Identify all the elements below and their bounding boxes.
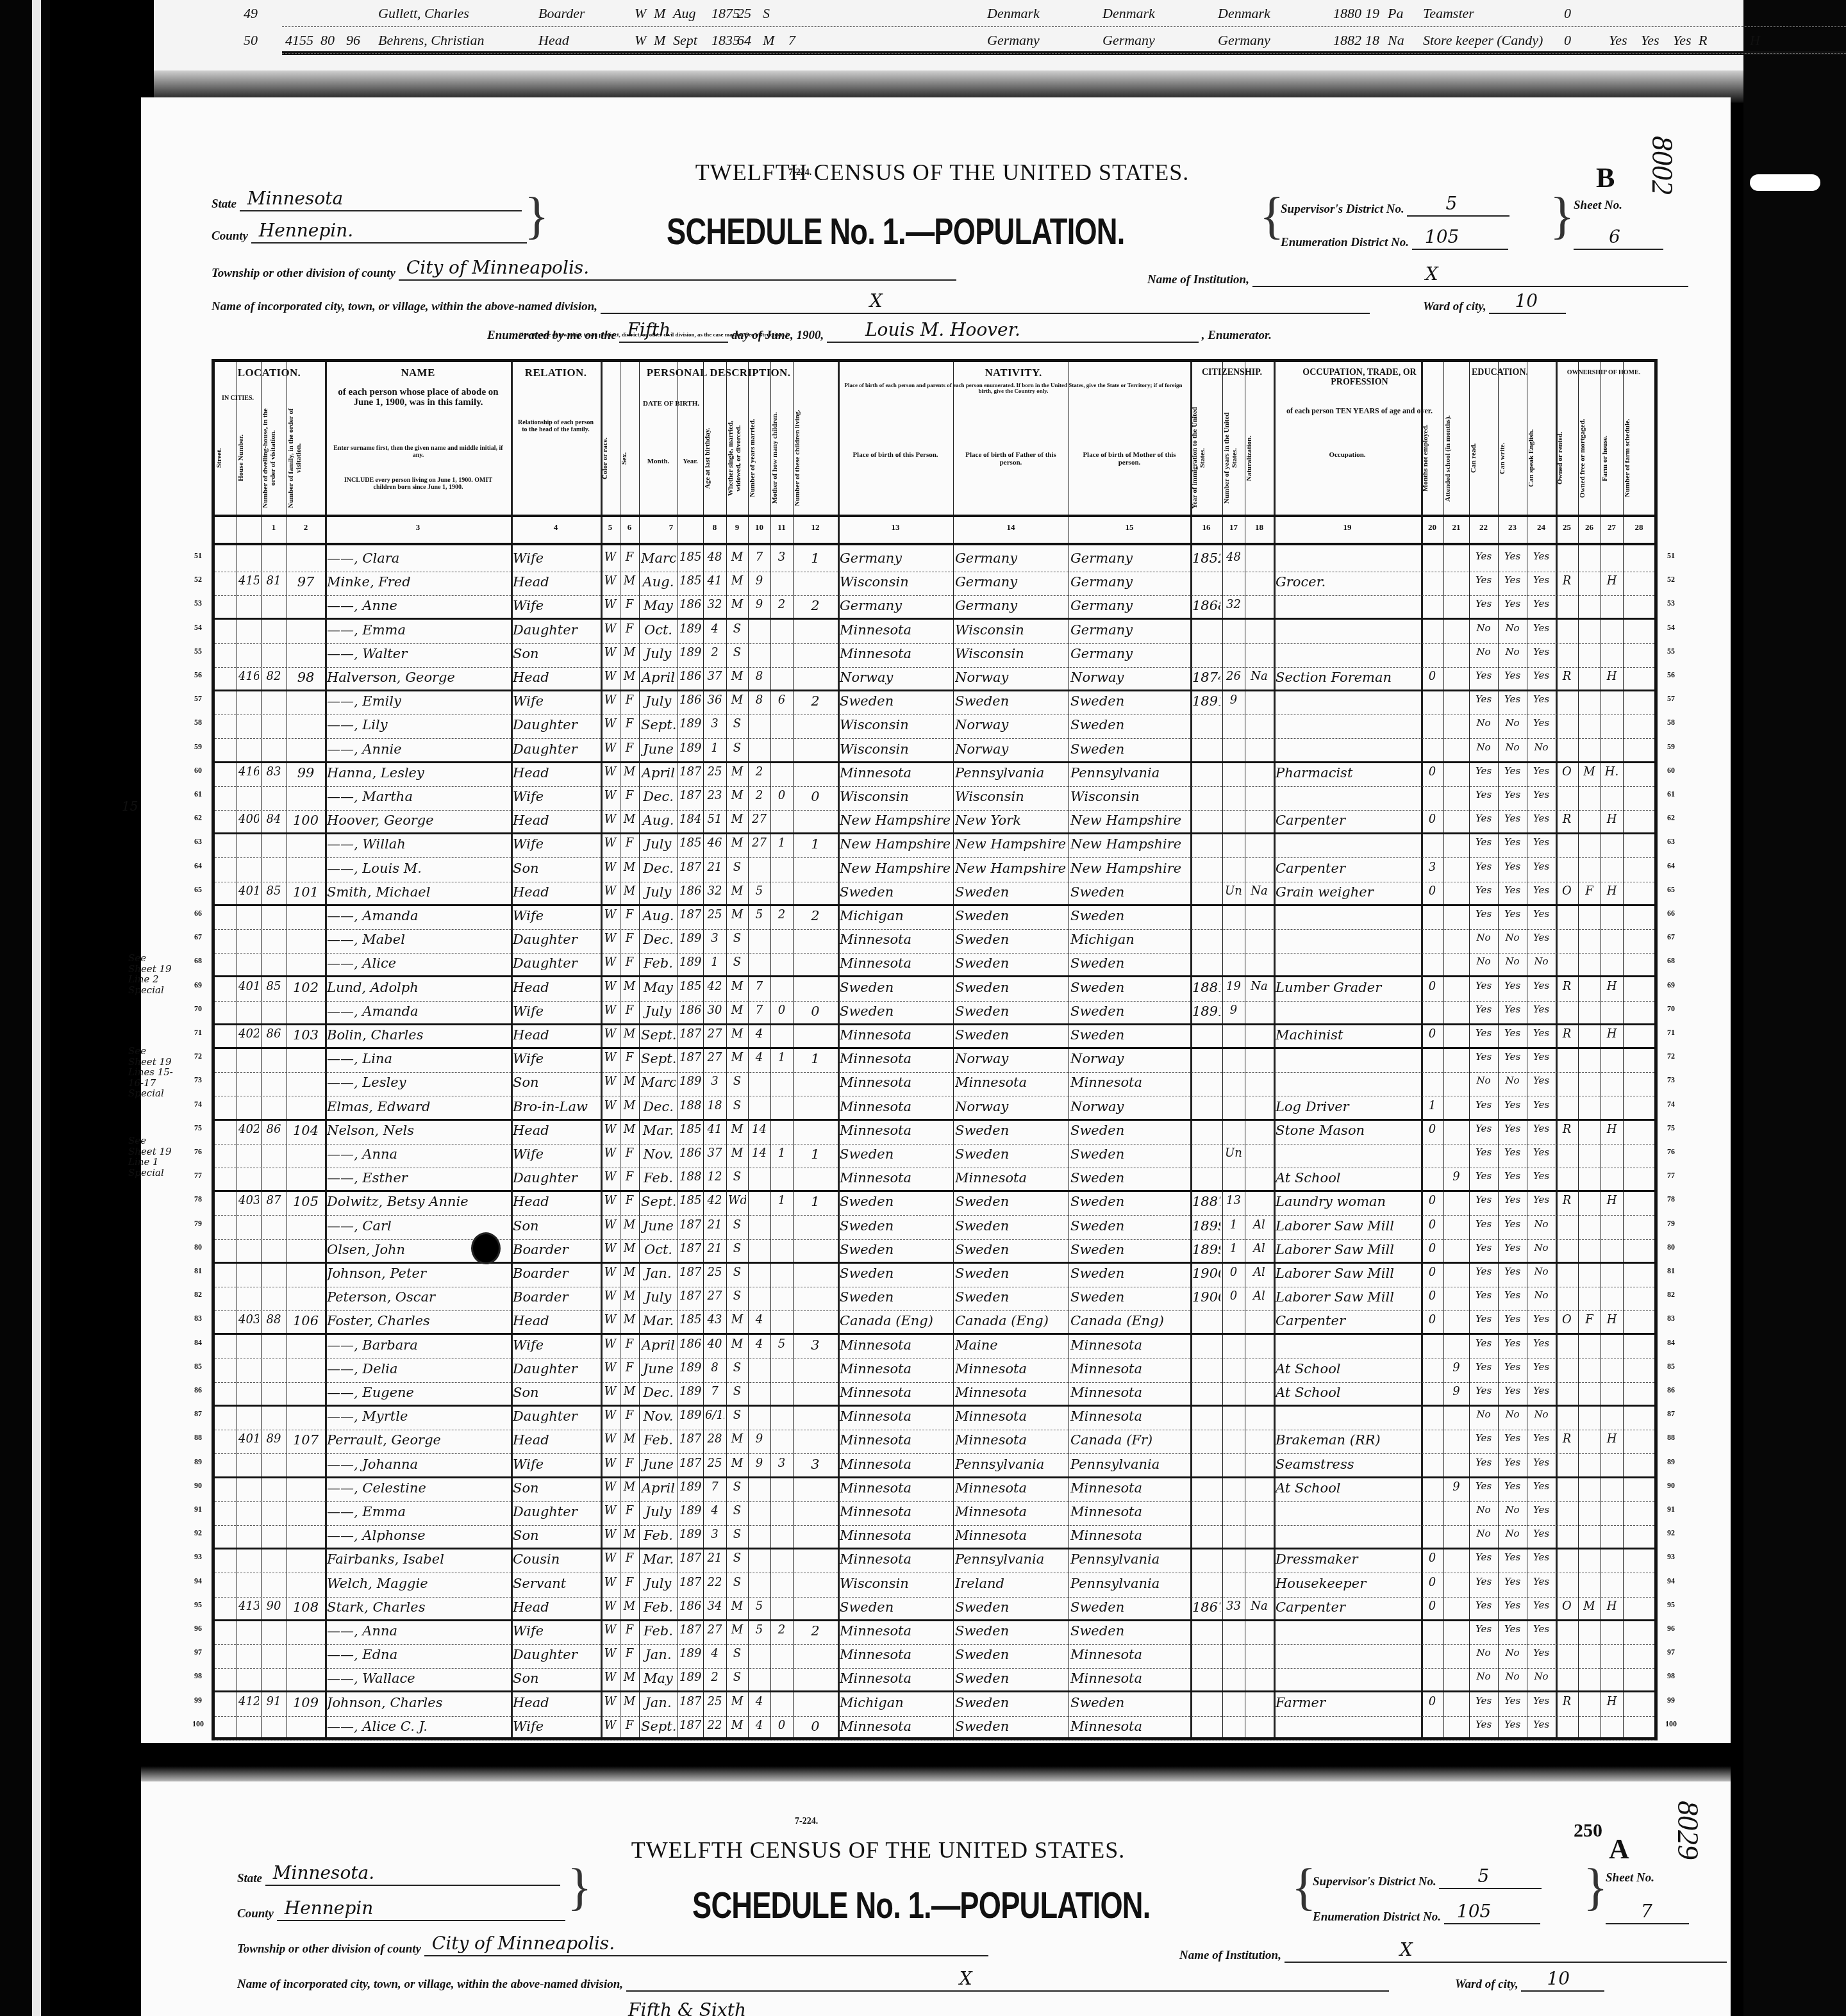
prev-cell-age: 64 bbox=[737, 32, 751, 49]
line-number: 89 bbox=[1660, 1457, 1682, 1467]
table-row: ——, WillahWifeWFJuly185346M2711New Hamps… bbox=[215, 834, 1654, 858]
cell-marital: S bbox=[728, 1576, 746, 1589]
cell-english: Yes bbox=[1529, 1361, 1554, 1373]
line-number: 56 bbox=[1660, 670, 1682, 680]
cell-read: Yes bbox=[1471, 1242, 1496, 1253]
cell-age: 30 bbox=[705, 1004, 724, 1017]
cell-house: 4039 bbox=[238, 1194, 259, 1207]
ward-value: 10 bbox=[1515, 290, 1538, 311]
cell-unemployed: 3 bbox=[1423, 861, 1442, 874]
cell-family: 101 bbox=[288, 884, 323, 900]
table-row: Fairbanks, IsabelCousinWFMar.187921SMinn… bbox=[215, 1549, 1654, 1573]
line-number: 80 bbox=[187, 1243, 209, 1252]
cell-name: ——, Carl bbox=[327, 1218, 509, 1234]
cell-age: 22 bbox=[705, 1719, 724, 1732]
line-number: 77 bbox=[1660, 1171, 1682, 1180]
cell-name: Peterson, Oscar bbox=[327, 1289, 509, 1305]
cell-english: No bbox=[1529, 741, 1554, 753]
cell-father: Minnesota bbox=[955, 1432, 1067, 1448]
cell-relation: Daughter bbox=[513, 741, 599, 757]
cell-month: Feb. bbox=[641, 1599, 676, 1615]
cell-sex: M bbox=[622, 813, 637, 826]
next-incorporated-city-value: X bbox=[960, 1968, 972, 1989]
cell-occupation: Seamstress bbox=[1276, 1457, 1419, 1472]
cell-marital: M bbox=[728, 813, 746, 826]
film-strip-highlight bbox=[32, 0, 41, 2016]
cell-color: W bbox=[603, 1337, 618, 1351]
cell-years-us: Un bbox=[1224, 1146, 1243, 1160]
cell-color: W bbox=[603, 598, 618, 611]
cell-write: Yes bbox=[1500, 1719, 1525, 1730]
cell-name: Foster, Charles bbox=[327, 1313, 509, 1328]
cell-read: No bbox=[1471, 1671, 1496, 1682]
cell-father: Sweden bbox=[955, 1242, 1067, 1257]
cell-birthplace: Michigan bbox=[840, 1695, 951, 1710]
column-number: 12 bbox=[793, 522, 838, 533]
cell-children-born: 1 bbox=[772, 1051, 791, 1064]
cell-name: ——, Johanna bbox=[327, 1457, 509, 1472]
cell-birthplace: Minnesota bbox=[840, 1457, 951, 1472]
cell-years-us: 1 bbox=[1224, 1218, 1243, 1232]
cell-relation: Son bbox=[513, 1385, 599, 1400]
cell-name: ——, Anne bbox=[327, 598, 509, 613]
cell-year: 1857 bbox=[679, 1313, 701, 1326]
cell-sex: M bbox=[622, 1385, 637, 1398]
cell-dwelling: 83 bbox=[263, 765, 285, 779]
cell-name: Halverson, George bbox=[327, 670, 509, 685]
cell-read: Yes bbox=[1471, 1313, 1496, 1325]
column-header-write: Can write. bbox=[1499, 407, 1526, 509]
cell-marital: M bbox=[728, 1146, 746, 1160]
cell-marital: M bbox=[728, 1027, 746, 1041]
cell-month: Oct. bbox=[641, 622, 676, 638]
cell-father: Sweden bbox=[955, 980, 1067, 995]
cell-years-married: 9 bbox=[750, 574, 769, 588]
cell-relation: Wife bbox=[513, 789, 599, 804]
line-number: 83 bbox=[1660, 1314, 1682, 1323]
cell-month: Sept. bbox=[641, 1027, 676, 1043]
previous-sheet-row: 5041558096Behrens, ChristianHeadWMSept18… bbox=[282, 27, 1846, 54]
line-number: 72 bbox=[1660, 1052, 1682, 1061]
previous-sheet-row: 49Gullett, CharlesBoarderWMAug187525SDen… bbox=[282, 0, 1846, 27]
cell-year: 1866 bbox=[679, 1599, 701, 1613]
line-number: 79 bbox=[1660, 1219, 1682, 1228]
cell-relation: Head bbox=[513, 1194, 599, 1209]
table-row: 41638298Halverson, GeorgeHeadWMApril1863… bbox=[215, 667, 1654, 691]
cell-age: 1 bbox=[705, 741, 724, 755]
cell-read: Yes bbox=[1471, 1623, 1496, 1635]
cell-birthplace: Sweden bbox=[840, 1146, 951, 1162]
column-number: 19 bbox=[1274, 522, 1421, 533]
column-number: 27 bbox=[1601, 522, 1623, 533]
cell-year: 1896 bbox=[679, 717, 701, 731]
cell-read: Yes bbox=[1471, 1099, 1496, 1111]
cell-name: ——, Alice C. J. bbox=[327, 1719, 509, 1734]
cell-dwelling: 86 bbox=[263, 1123, 285, 1136]
cell-father: Sweden bbox=[955, 1194, 1067, 1209]
cell-sex: F bbox=[622, 1194, 637, 1207]
cell-english: Yes bbox=[1529, 1337, 1554, 1349]
cell-name: Dolwitz, Betsy Annie bbox=[327, 1194, 509, 1209]
cell-write: No bbox=[1500, 646, 1525, 657]
cell-year: 1892 bbox=[679, 1385, 701, 1398]
column-number: 11 bbox=[770, 522, 793, 533]
cell-sex: M bbox=[622, 1528, 637, 1541]
cell-year: 1875 bbox=[679, 1266, 701, 1279]
cell-relation: Son bbox=[513, 1218, 599, 1234]
cell-write: No bbox=[1500, 741, 1525, 753]
cell-relation: Wife bbox=[513, 693, 599, 709]
cell-sex: M bbox=[622, 861, 637, 874]
cell-occupation: Carpenter bbox=[1276, 813, 1419, 828]
cell-relation: Son bbox=[513, 1528, 599, 1543]
cell-write: Yes bbox=[1500, 598, 1525, 609]
cell-marital: S bbox=[728, 1409, 746, 1422]
cell-school: 9 bbox=[1445, 1361, 1467, 1375]
cell-age: 12 bbox=[705, 1170, 724, 1184]
line-number: 63 bbox=[187, 837, 209, 847]
cell-birthplace: Minnesota bbox=[840, 1051, 951, 1066]
cell-age: 41 bbox=[705, 574, 724, 588]
column-number: 23 bbox=[1498, 522, 1527, 533]
cell-family: 102 bbox=[288, 980, 323, 995]
cell-read: No bbox=[1471, 1075, 1496, 1086]
cell-write: No bbox=[1500, 717, 1525, 729]
table-row: Johnson, PeterBoarderWMJan.187525SSweden… bbox=[215, 1263, 1654, 1287]
cell-sex: F bbox=[622, 955, 637, 969]
cell-mother: Sweden bbox=[1070, 1695, 1188, 1710]
cell-year: 1881 bbox=[679, 1099, 701, 1112]
cell-relation: Son bbox=[513, 1075, 599, 1090]
table-row: ——, LilyDaughterWFSept.18963SWisconsinNo… bbox=[215, 715, 1654, 739]
table-row: ——, LinaWifeWFSept.187227M411MinnesotaNo… bbox=[215, 1048, 1654, 1073]
line-number: 61 bbox=[187, 789, 209, 799]
line-number: 85 bbox=[1660, 1362, 1682, 1371]
cell-age: 2 bbox=[705, 646, 724, 659]
cell-mother: Germany bbox=[1070, 622, 1188, 638]
cell-relation: Daughter bbox=[513, 1504, 599, 1519]
cell-age: 22 bbox=[705, 1576, 724, 1589]
line-number: 88 bbox=[1660, 1433, 1682, 1442]
cell-years-us: 0 bbox=[1224, 1289, 1243, 1303]
cell-marital: M bbox=[728, 550, 746, 564]
cell-color: W bbox=[603, 980, 618, 993]
cell-year: 1893 bbox=[679, 1480, 701, 1494]
cell-mother: Sweden bbox=[1070, 1289, 1188, 1305]
sheet-no-field: 6 bbox=[1574, 232, 1663, 250]
cell-mother: New Hampshire bbox=[1070, 813, 1188, 828]
cell-month: July bbox=[641, 1289, 676, 1305]
column-header-farm: Farm or house. bbox=[1602, 407, 1622, 509]
cell-sex: M bbox=[622, 980, 637, 993]
cell-english: Yes bbox=[1529, 1432, 1554, 1444]
cell-color: W bbox=[603, 1623, 618, 1637]
cell-mother: Minnesota bbox=[1070, 1409, 1188, 1424]
line-number: 82 bbox=[1660, 1290, 1682, 1300]
line-number: 84 bbox=[1660, 1338, 1682, 1348]
cell-father: Norway bbox=[955, 1099, 1067, 1114]
line-number: 92 bbox=[1660, 1528, 1682, 1538]
column-header-school: Attended school (in months). bbox=[1445, 407, 1468, 509]
cell-occupation: Carpenter bbox=[1276, 1599, 1419, 1615]
cell-read: Yes bbox=[1471, 1004, 1496, 1015]
cell-write: Yes bbox=[1500, 884, 1525, 896]
cell-color: W bbox=[603, 1504, 618, 1517]
cell-month: May bbox=[641, 1671, 676, 1686]
cell-sex: F bbox=[622, 789, 637, 802]
table-row: ——, MyrtleDaughterWFNov.18996/12SMinneso… bbox=[215, 1406, 1654, 1430]
prev-cell-sex: M bbox=[654, 5, 665, 22]
cell-read: Yes bbox=[1471, 1146, 1496, 1158]
cell-write: Yes bbox=[1500, 861, 1525, 872]
cell-years-married: 9 bbox=[750, 1457, 769, 1470]
header-occupation-desc: of each person TEN YEARS of age and over… bbox=[1276, 407, 1443, 415]
cell-relation: Son bbox=[513, 1480, 599, 1496]
sheet-no-value: 6 bbox=[1609, 226, 1620, 247]
cell-month: Aug. bbox=[641, 574, 676, 590]
cell-color: W bbox=[603, 550, 618, 564]
cell-children-living: 2 bbox=[795, 598, 836, 613]
cell-sex: M bbox=[622, 1432, 637, 1446]
prev-cell-english: Yes bbox=[1673, 32, 1692, 49]
cell-sex: F bbox=[622, 1051, 637, 1064]
column-header-age: Age at last birthday. bbox=[704, 407, 725, 509]
table-row: ——, EdnaDaughterWFJan.18964SMinnesotaSwe… bbox=[215, 1644, 1654, 1669]
line-number: 60 bbox=[1660, 766, 1682, 775]
prev-cell-father-birthplace: Germany bbox=[1102, 32, 1155, 49]
cell-mother: Sweden bbox=[1070, 693, 1188, 709]
cell-write: Yes bbox=[1500, 765, 1525, 777]
line-number: 82 bbox=[187, 1290, 209, 1300]
cell-years-married: 2 bbox=[750, 789, 769, 802]
cell-age: 27 bbox=[705, 1623, 724, 1637]
next-enumeration-value: 105 bbox=[1457, 1901, 1491, 1922]
column-number: 16 bbox=[1190, 522, 1222, 533]
cell-write: Yes bbox=[1500, 670, 1525, 681]
enumerator-name: Louis M. Hoover. bbox=[865, 319, 1020, 340]
prev-cell-immigration: 1882 bbox=[1333, 32, 1361, 49]
cell-birthplace: Minnesota bbox=[840, 1671, 951, 1686]
cell-birthplace: Sweden bbox=[840, 884, 951, 900]
line-number: 94 bbox=[1660, 1576, 1682, 1586]
cell-sex: M bbox=[622, 1027, 637, 1041]
cell-years-married: 7 bbox=[750, 1004, 769, 1017]
cell-sex: F bbox=[622, 1409, 637, 1422]
line-number: 69 bbox=[1660, 980, 1682, 990]
prev-cell-read: Yes bbox=[1609, 32, 1627, 49]
cell-age: 34 bbox=[705, 1599, 724, 1613]
cell-write: No bbox=[1500, 622, 1525, 634]
cell-occupation: Laborer Saw Mill bbox=[1276, 1289, 1419, 1305]
cell-own: O bbox=[1558, 1313, 1576, 1326]
cell-birthplace: New Hampshire bbox=[840, 836, 951, 852]
cell-year: 1878 bbox=[679, 1218, 701, 1232]
cell-house: 4019 bbox=[238, 884, 259, 898]
column-header-farmsched: Number of farm schedule. bbox=[1624, 407, 1654, 509]
cell-age: 21 bbox=[705, 861, 724, 874]
cell-relation: Son bbox=[513, 861, 599, 876]
cell-write: No bbox=[1500, 1647, 1525, 1658]
cell-farm: H bbox=[1602, 1194, 1621, 1207]
line-number: 67 bbox=[1660, 932, 1682, 942]
prev-cell-line: 49 bbox=[244, 5, 258, 22]
line-number: 62 bbox=[187, 813, 209, 823]
cell-immigration: 1874 bbox=[1192, 670, 1220, 685]
cell-write: No bbox=[1500, 1075, 1525, 1086]
header-personal-description: PERSONAL DESCRIPTION. bbox=[601, 367, 836, 379]
cell-english: Yes bbox=[1529, 1099, 1554, 1111]
cell-read: Yes bbox=[1471, 1337, 1496, 1349]
column-header-immigration: Year of immigration to the United States… bbox=[1192, 407, 1221, 509]
cell-birthplace: Minnesota bbox=[840, 1480, 951, 1496]
cell-occupation: Grain weigher bbox=[1276, 884, 1419, 900]
prev-cell-relation: Head bbox=[538, 32, 569, 49]
cell-read: Yes bbox=[1471, 1695, 1496, 1706]
cell-name: ——, Emma bbox=[327, 622, 509, 638]
line-number: 93 bbox=[187, 1552, 209, 1562]
next-form-number: 7-224. bbox=[795, 1817, 818, 1827]
cell-age: 8 bbox=[705, 1361, 724, 1375]
line-number: 65 bbox=[1660, 885, 1682, 895]
column-header-years_us: Number of years in the United States. bbox=[1224, 407, 1243, 509]
header-education: EDUCATION. bbox=[1445, 368, 1554, 378]
cell-english: Yes bbox=[1529, 884, 1554, 896]
cell-year: 1872 bbox=[679, 1289, 701, 1303]
cell-own: O bbox=[1558, 884, 1576, 898]
cell-years-us: 32 bbox=[1224, 598, 1243, 611]
cell-color: W bbox=[603, 1075, 618, 1088]
cell-nat: Na bbox=[1247, 980, 1272, 993]
cell-month: Nov. bbox=[641, 1146, 676, 1162]
column-header-mother: Place of birth of Mother of this person. bbox=[1071, 452, 1188, 467]
cell-house: 4027 bbox=[238, 1027, 259, 1041]
cell-name: ——, Myrtle bbox=[327, 1409, 509, 1424]
cell-birthplace: Sweden bbox=[840, 1266, 951, 1281]
cell-years-married: 5 bbox=[750, 884, 769, 898]
cell-name: ——, Alphonse bbox=[327, 1528, 509, 1543]
cell-year: 1874 bbox=[679, 1457, 701, 1470]
cell-occupation: Dressmaker bbox=[1276, 1551, 1419, 1567]
cell-mother: Sweden bbox=[1070, 1146, 1188, 1162]
cell-marital: S bbox=[728, 741, 746, 755]
line-number: 90 bbox=[187, 1481, 209, 1491]
census-title: TWELFTH CENSUS OF THE UNITED STATES. bbox=[590, 159, 1295, 186]
cell-birthplace: Wisconsin bbox=[840, 789, 951, 804]
county-field: County Hennepin. bbox=[212, 226, 527, 244]
cell-month: Nov. bbox=[641, 1409, 676, 1424]
line-number: 78 bbox=[187, 1194, 209, 1204]
cell-age: 25 bbox=[705, 1266, 724, 1279]
cell-english: Yes bbox=[1529, 1504, 1554, 1516]
enumeration-district-value: 105 bbox=[1425, 226, 1459, 247]
cell-name: ——, Alice bbox=[327, 955, 509, 971]
cell-read: Yes bbox=[1471, 884, 1496, 896]
cell-years-us: 26 bbox=[1224, 670, 1243, 683]
cell-mort: F bbox=[1580, 1313, 1599, 1326]
cell-marital: M bbox=[728, 980, 746, 993]
cell-mother: Pennsylvania bbox=[1070, 1551, 1188, 1567]
cell-english: Yes bbox=[1529, 646, 1554, 657]
cell-dwelling: 87 bbox=[263, 1194, 285, 1207]
cell-occupation: Lumber Grader bbox=[1276, 980, 1419, 995]
cell-write: Yes bbox=[1500, 1099, 1525, 1111]
cell-own: R bbox=[1558, 980, 1576, 993]
cell-sex: M bbox=[622, 1671, 637, 1684]
cell-mother: Norway bbox=[1070, 1051, 1188, 1066]
previous-sheet-rows: 49Gullett, CharlesBoarderWMAug187525SDen… bbox=[282, 0, 1846, 55]
cell-mother: Sweden bbox=[1070, 1242, 1188, 1257]
cell-age: 7 bbox=[705, 1385, 724, 1398]
line-number: 54 bbox=[1660, 623, 1682, 632]
cell-occupation: At School bbox=[1276, 1170, 1419, 1186]
cell-write: Yes bbox=[1500, 1385, 1525, 1396]
cell-birthplace: Minnesota bbox=[840, 622, 951, 638]
cell-write: Yes bbox=[1500, 550, 1525, 562]
line-number: 86 bbox=[187, 1385, 209, 1395]
prev-cell-occupation: Teamster bbox=[1423, 5, 1474, 22]
column-header-dwelling: Number of dwelling-house, in the order o… bbox=[262, 407, 285, 509]
cell-write: Yes bbox=[1500, 1337, 1525, 1349]
cell-write: Yes bbox=[1500, 1051, 1525, 1062]
prev-cell-farm-home: H bbox=[1750, 32, 1760, 49]
cell-read: Yes bbox=[1471, 1266, 1496, 1277]
next-supervisor-field: Supervisor's District No. 5 bbox=[1313, 1871, 1542, 1889]
cell-mother: Sweden bbox=[1070, 1266, 1188, 1281]
cell-age: 48 bbox=[705, 550, 724, 564]
cell-color: W bbox=[603, 1004, 618, 1017]
cell-birthplace: Sweden bbox=[840, 1004, 951, 1019]
cell-english: No bbox=[1529, 1671, 1554, 1682]
cell-month: July bbox=[641, 1004, 676, 1019]
table-row: ——, Louis M.SonWMDec.187821SNew Hampshir… bbox=[215, 858, 1654, 882]
cell-father: Maine bbox=[955, 1337, 1067, 1353]
cell-marital: S bbox=[728, 861, 746, 874]
line-number: 95 bbox=[1660, 1600, 1682, 1610]
cell-farm: H bbox=[1602, 574, 1621, 588]
column-number: 20 bbox=[1421, 522, 1443, 533]
cell-unemployed: 0 bbox=[1423, 1551, 1442, 1565]
cell-name: ——, Emily bbox=[327, 693, 509, 709]
cell-immigration: 1852 bbox=[1192, 550, 1220, 566]
cell-mother: Pennsylvania bbox=[1070, 1457, 1188, 1472]
cell-marital: M bbox=[728, 765, 746, 779]
cell-marital: S bbox=[728, 1289, 746, 1303]
column-header-color: Color or race. bbox=[602, 407, 619, 509]
line-number: 68 bbox=[1660, 956, 1682, 966]
cell-color: W bbox=[603, 861, 618, 874]
line-number: 78 bbox=[1660, 1194, 1682, 1204]
cell-year: 1872 bbox=[679, 1432, 701, 1446]
cell-children-born: 2 bbox=[772, 598, 791, 611]
cell-father: Sweden bbox=[955, 1218, 1067, 1234]
cell-sex: F bbox=[622, 1504, 637, 1517]
line-number: 76 bbox=[187, 1147, 209, 1157]
cell-relation: Wife bbox=[513, 598, 599, 613]
cell-year: 1853 bbox=[679, 836, 701, 850]
cell-marital: S bbox=[728, 1671, 746, 1684]
cell-occupation: Pharmacist bbox=[1276, 765, 1419, 781]
cell-sex: F bbox=[622, 1551, 637, 1565]
cell-english: Yes bbox=[1529, 932, 1554, 943]
cell-sex: F bbox=[622, 1457, 637, 1470]
cell-english: No bbox=[1529, 1218, 1554, 1230]
cell-english: No bbox=[1529, 1289, 1554, 1301]
cell-english: Yes bbox=[1529, 1051, 1554, 1062]
cell-occupation: Carpenter bbox=[1276, 861, 1419, 876]
cell-relation: Servant bbox=[513, 1576, 599, 1591]
table-row: ——, AnnieDaughterWFJune18981SWisconsinNo… bbox=[215, 739, 1654, 763]
cell-birthplace: Norway bbox=[840, 670, 951, 685]
